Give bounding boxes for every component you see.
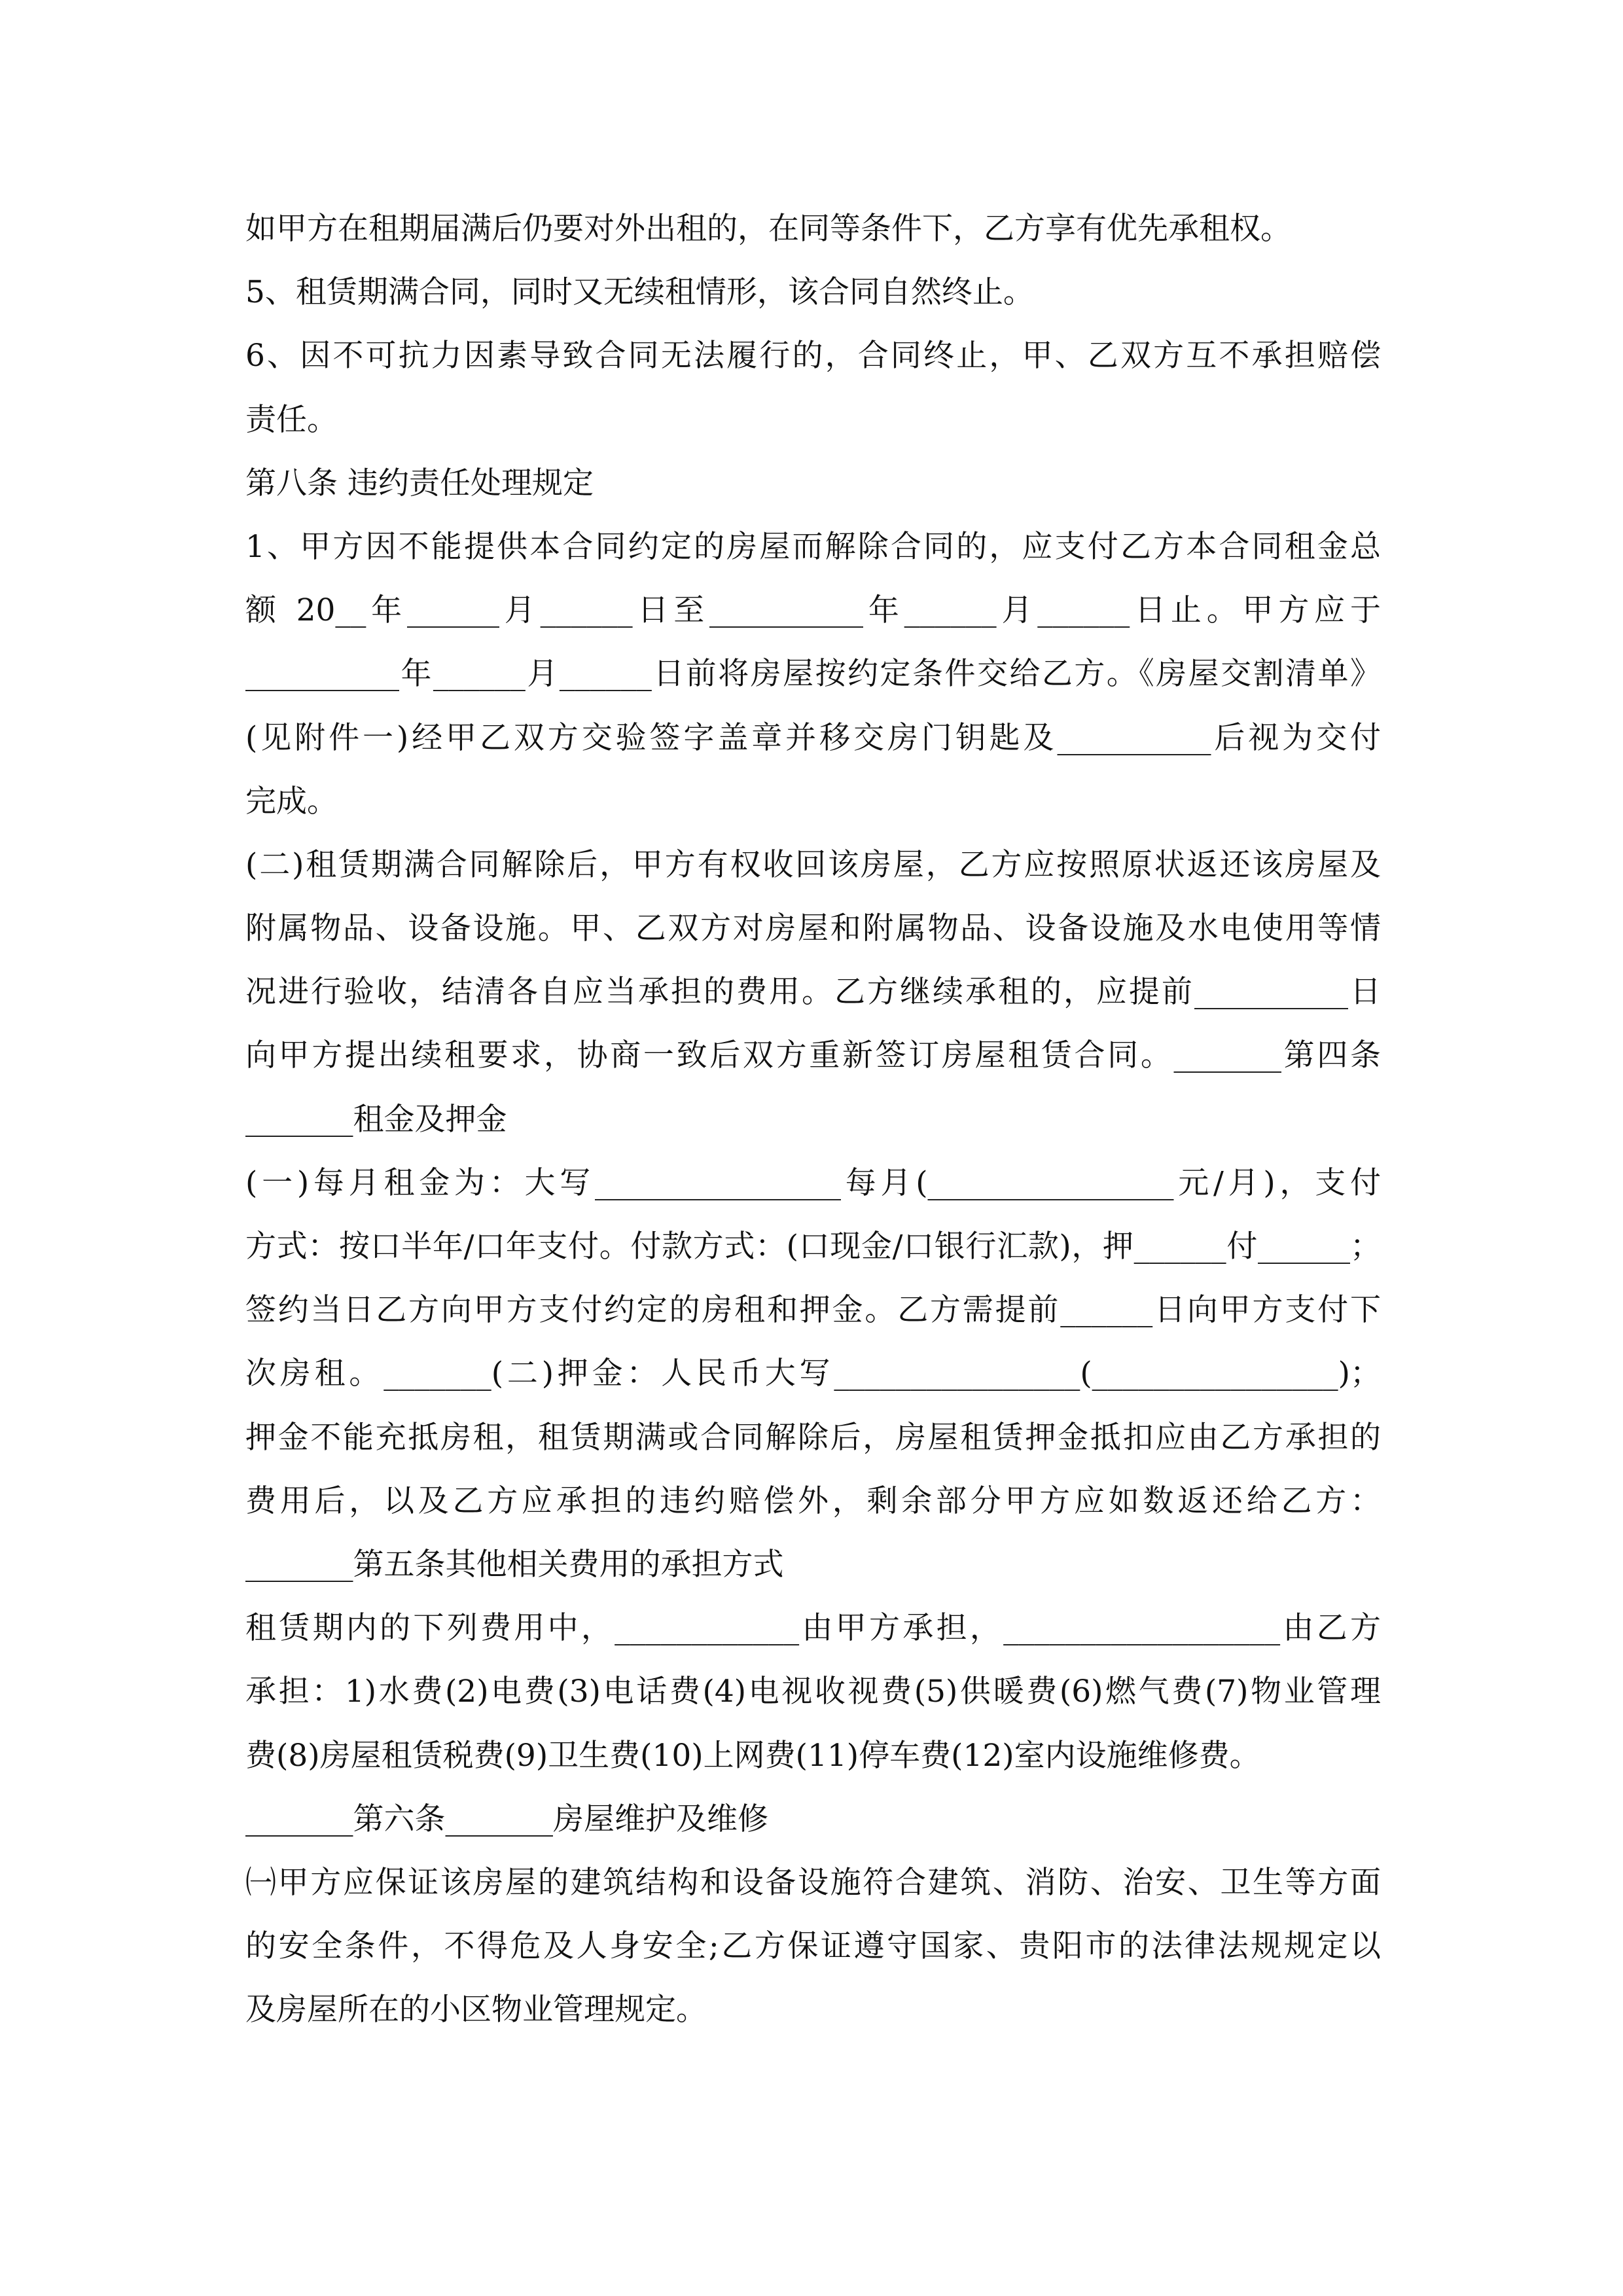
text-line: 况进行验收，结清各自应当承担的费用。乙方继续承租的，应提前__________日 xyxy=(245,971,1381,1035)
text-line: (二)租赁期满合同解除后，甲方有权收回该房屋，乙方应按照原状返还该房屋及 xyxy=(245,844,1381,908)
document-page: 如甲方在租期届满后仍要对外出租的，在同等条件下，乙方享有优先承租权。 5、租赁期… xyxy=(245,208,1381,2053)
section-heading: _______租金及押金 xyxy=(245,1099,1381,1162)
section-heading: 第八条 违约责任处理规定 xyxy=(245,463,1381,526)
text-line: 承担：1)水费(2)电费(3)电话费(4)电视收视费(5)供暖费(6)燃气费(7… xyxy=(245,1671,1381,1734)
text-line: 押金不能充抵房租，租赁期满或合同解除后，房屋租赁押金抵扣应由乙方承担的 xyxy=(245,1417,1381,1480)
text-line: 费用后，以及乙方应承担的违约赔偿外，剩余部分甲方应如数返还给乙方： xyxy=(245,1480,1381,1544)
text-line: (见附件一)经甲乙双方交验签字盖章并移交房门钥匙及__________后视为交付 xyxy=(245,717,1381,781)
section-heading: _______第五条其他相关费用的承担方式 xyxy=(245,1544,1381,1607)
text-line: 完成。 xyxy=(245,781,1381,844)
text-line: 及房屋所在的小区物业管理规定。 xyxy=(245,1989,1381,2053)
text-line: 次房租。_______(二)押金：人民币大写________________(_… xyxy=(245,1353,1381,1416)
text-line: 附属物品、设备设施。甲、乙双方对房屋和附属物品、设备设施及水电使用等情 xyxy=(245,908,1381,971)
text-line: 5、租赁期满合同，同时又无续租情形，该合同自然终止。 xyxy=(245,272,1381,335)
text-line: 额 20__年______月______日至__________年______月… xyxy=(245,590,1381,653)
text-line: 1、甲方因不能提供本合同约定的房屋而解除合同的，应支付乙方本合同租金总 xyxy=(245,526,1381,590)
text-line: ㈠甲方应保证该房屋的建筑结构和设备设施符合建筑、消防、治安、卫生等方面 xyxy=(245,1862,1381,1926)
text-line: 费(8)房屋租赁税费(9)卫生费(10)上网费(11)停车费(12)室内设施维修… xyxy=(245,1735,1381,1799)
text-line: (一)每月租金为：大写________________每月(__________… xyxy=(245,1162,1381,1226)
text-line: 责任。 xyxy=(245,399,1381,463)
text-line: 的安全条件，不得危及人身安全;乙方保证遵守国家、贵阳市的法律法规规定以 xyxy=(245,1926,1381,1989)
text-line: 6、因不可抗力因素导致合同无法履行的，合同终止，甲、乙双方互不承担赔偿 xyxy=(245,335,1381,399)
text-line: 签约当日乙方向甲方支付约定的房租和押金。乙方需提前______日向甲方支付下 xyxy=(245,1289,1381,1353)
text-line: 租赁期内的下列费用中，____________由甲方承担，___________… xyxy=(245,1607,1381,1671)
text-line: 方式：按口半年/口年支付。付款方式：(口现金/口银行汇款)，押______付__… xyxy=(245,1226,1381,1289)
text-line: 如甲方在租期届满后仍要对外出租的，在同等条件下，乙方享有优先承租权。 xyxy=(245,208,1381,272)
text-line: __________年______月______日前将房屋按约定条件交给乙方。《… xyxy=(245,653,1381,717)
section-heading: _______第六条_______房屋维护及维修 xyxy=(245,1799,1381,1862)
text-line: 向甲方提出续租要求，协商一致后双方重新签订房屋租赁合同。_______第四条 xyxy=(245,1035,1381,1098)
